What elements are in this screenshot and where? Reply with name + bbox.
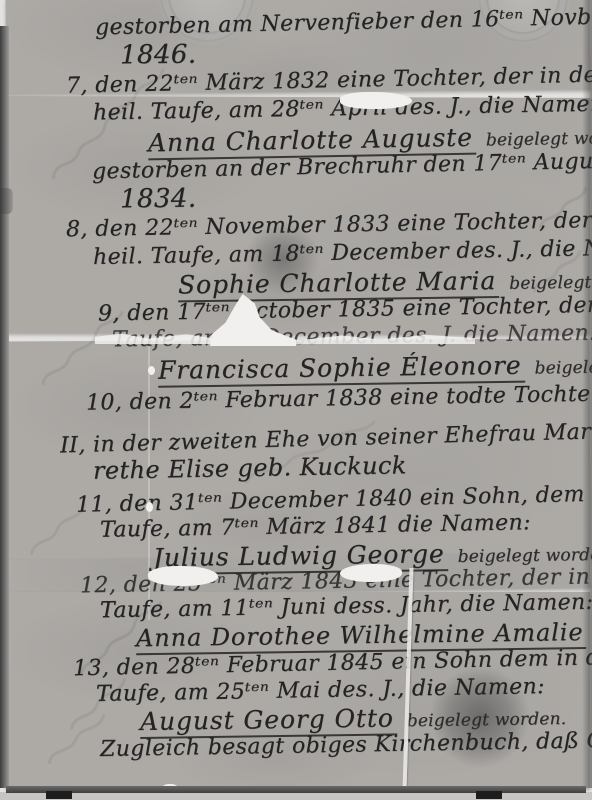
register-note: beigelegt worden. xyxy=(407,709,567,731)
pinhole-2 xyxy=(146,502,153,512)
scan-right-edge xyxy=(582,0,592,788)
register-note: beigelegt worden; xyxy=(486,128,592,151)
paper-tear-april xyxy=(340,92,412,109)
bottom-mark-left xyxy=(46,791,72,799)
register-line-year: 1846. xyxy=(120,40,197,71)
child-name: Francisca Sophie Éleonore xyxy=(158,351,525,388)
pinhole-1 xyxy=(148,366,155,375)
paper-tear-line12-b xyxy=(340,564,402,582)
scan-bottom-area xyxy=(0,792,592,800)
paper-tear-line12-a xyxy=(148,566,218,586)
scan-left-edge xyxy=(0,26,9,788)
scan-left-nub xyxy=(0,188,13,214)
register-line-section: rethe Elise geb. Kuckuck xyxy=(93,451,407,484)
register-note: beigelegt worden; xyxy=(509,272,592,294)
bottom-mark-right xyxy=(476,791,502,799)
register-note: beigelegt worden xyxy=(458,545,592,567)
register-line-year: 1834. xyxy=(120,184,197,215)
document-scan: gestorben am Nervenfieber den 16ᵗᵉⁿ Novb… xyxy=(0,0,592,800)
